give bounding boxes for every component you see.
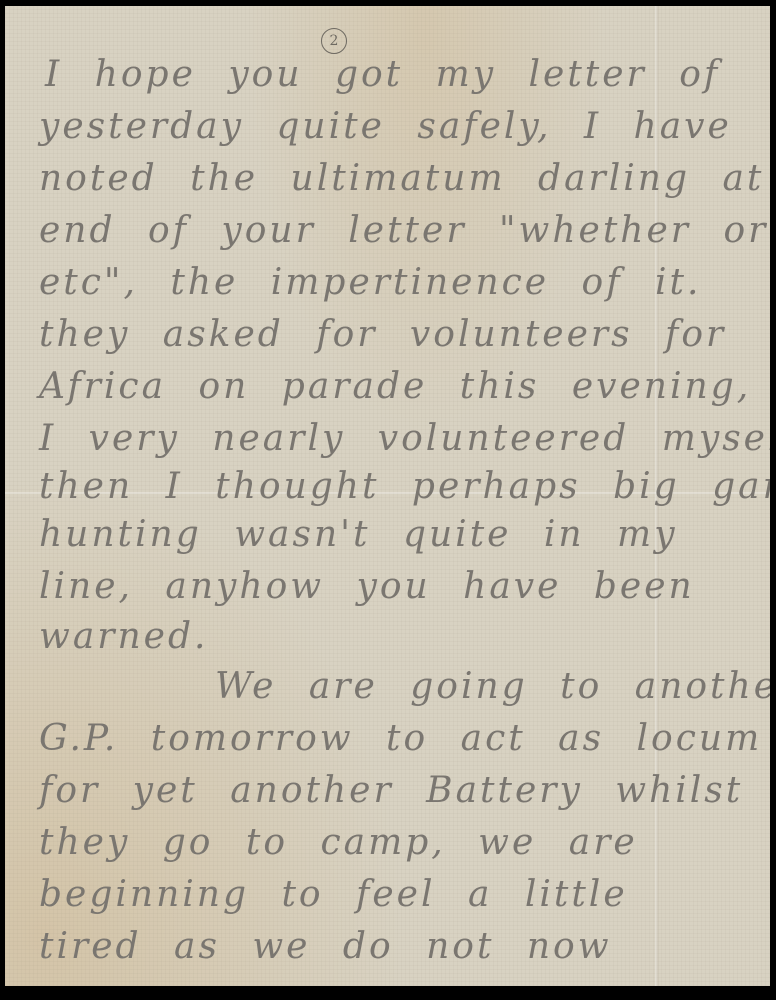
letter-line: end of your letter "whether or not xyxy=(39,210,750,251)
letter-page: 2 I hope you got my letter of yesterday … xyxy=(5,6,770,986)
letter-line: hunting wasn't quite in my xyxy=(39,514,750,555)
letter-line: noted the ultimatum darling at the xyxy=(39,158,750,199)
page-number-text: 2 xyxy=(330,33,339,49)
letter-line: then I thought perhaps big game xyxy=(39,466,750,507)
letter-line: yesterday quite safely, I have xyxy=(39,106,750,147)
letter-line: warned. xyxy=(39,616,750,657)
letter-line: for yet another Battery whilst xyxy=(39,770,750,811)
letter-line: they go to camp, we are xyxy=(39,822,750,863)
letter-line: We are going to another xyxy=(215,666,750,707)
letter-line: I very nearly volunteered myself, xyxy=(39,418,750,459)
page-number-circled: 2 xyxy=(321,28,347,54)
letter-line: etc", the impertinence of it. xyxy=(39,262,750,303)
letter-line: G.P. tomorrow to act as locum xyxy=(39,718,750,759)
letter-line: tired as we do not now xyxy=(39,926,750,967)
letter-line: line, anyhow you have been xyxy=(39,566,750,607)
letter-line: Africa on parade this evening, xyxy=(39,366,750,407)
letter-line: I hope you got my letter of xyxy=(45,54,750,95)
letter-line: beginning to feel a little xyxy=(39,874,750,915)
letter-line: they asked for volunteers for xyxy=(39,314,750,355)
